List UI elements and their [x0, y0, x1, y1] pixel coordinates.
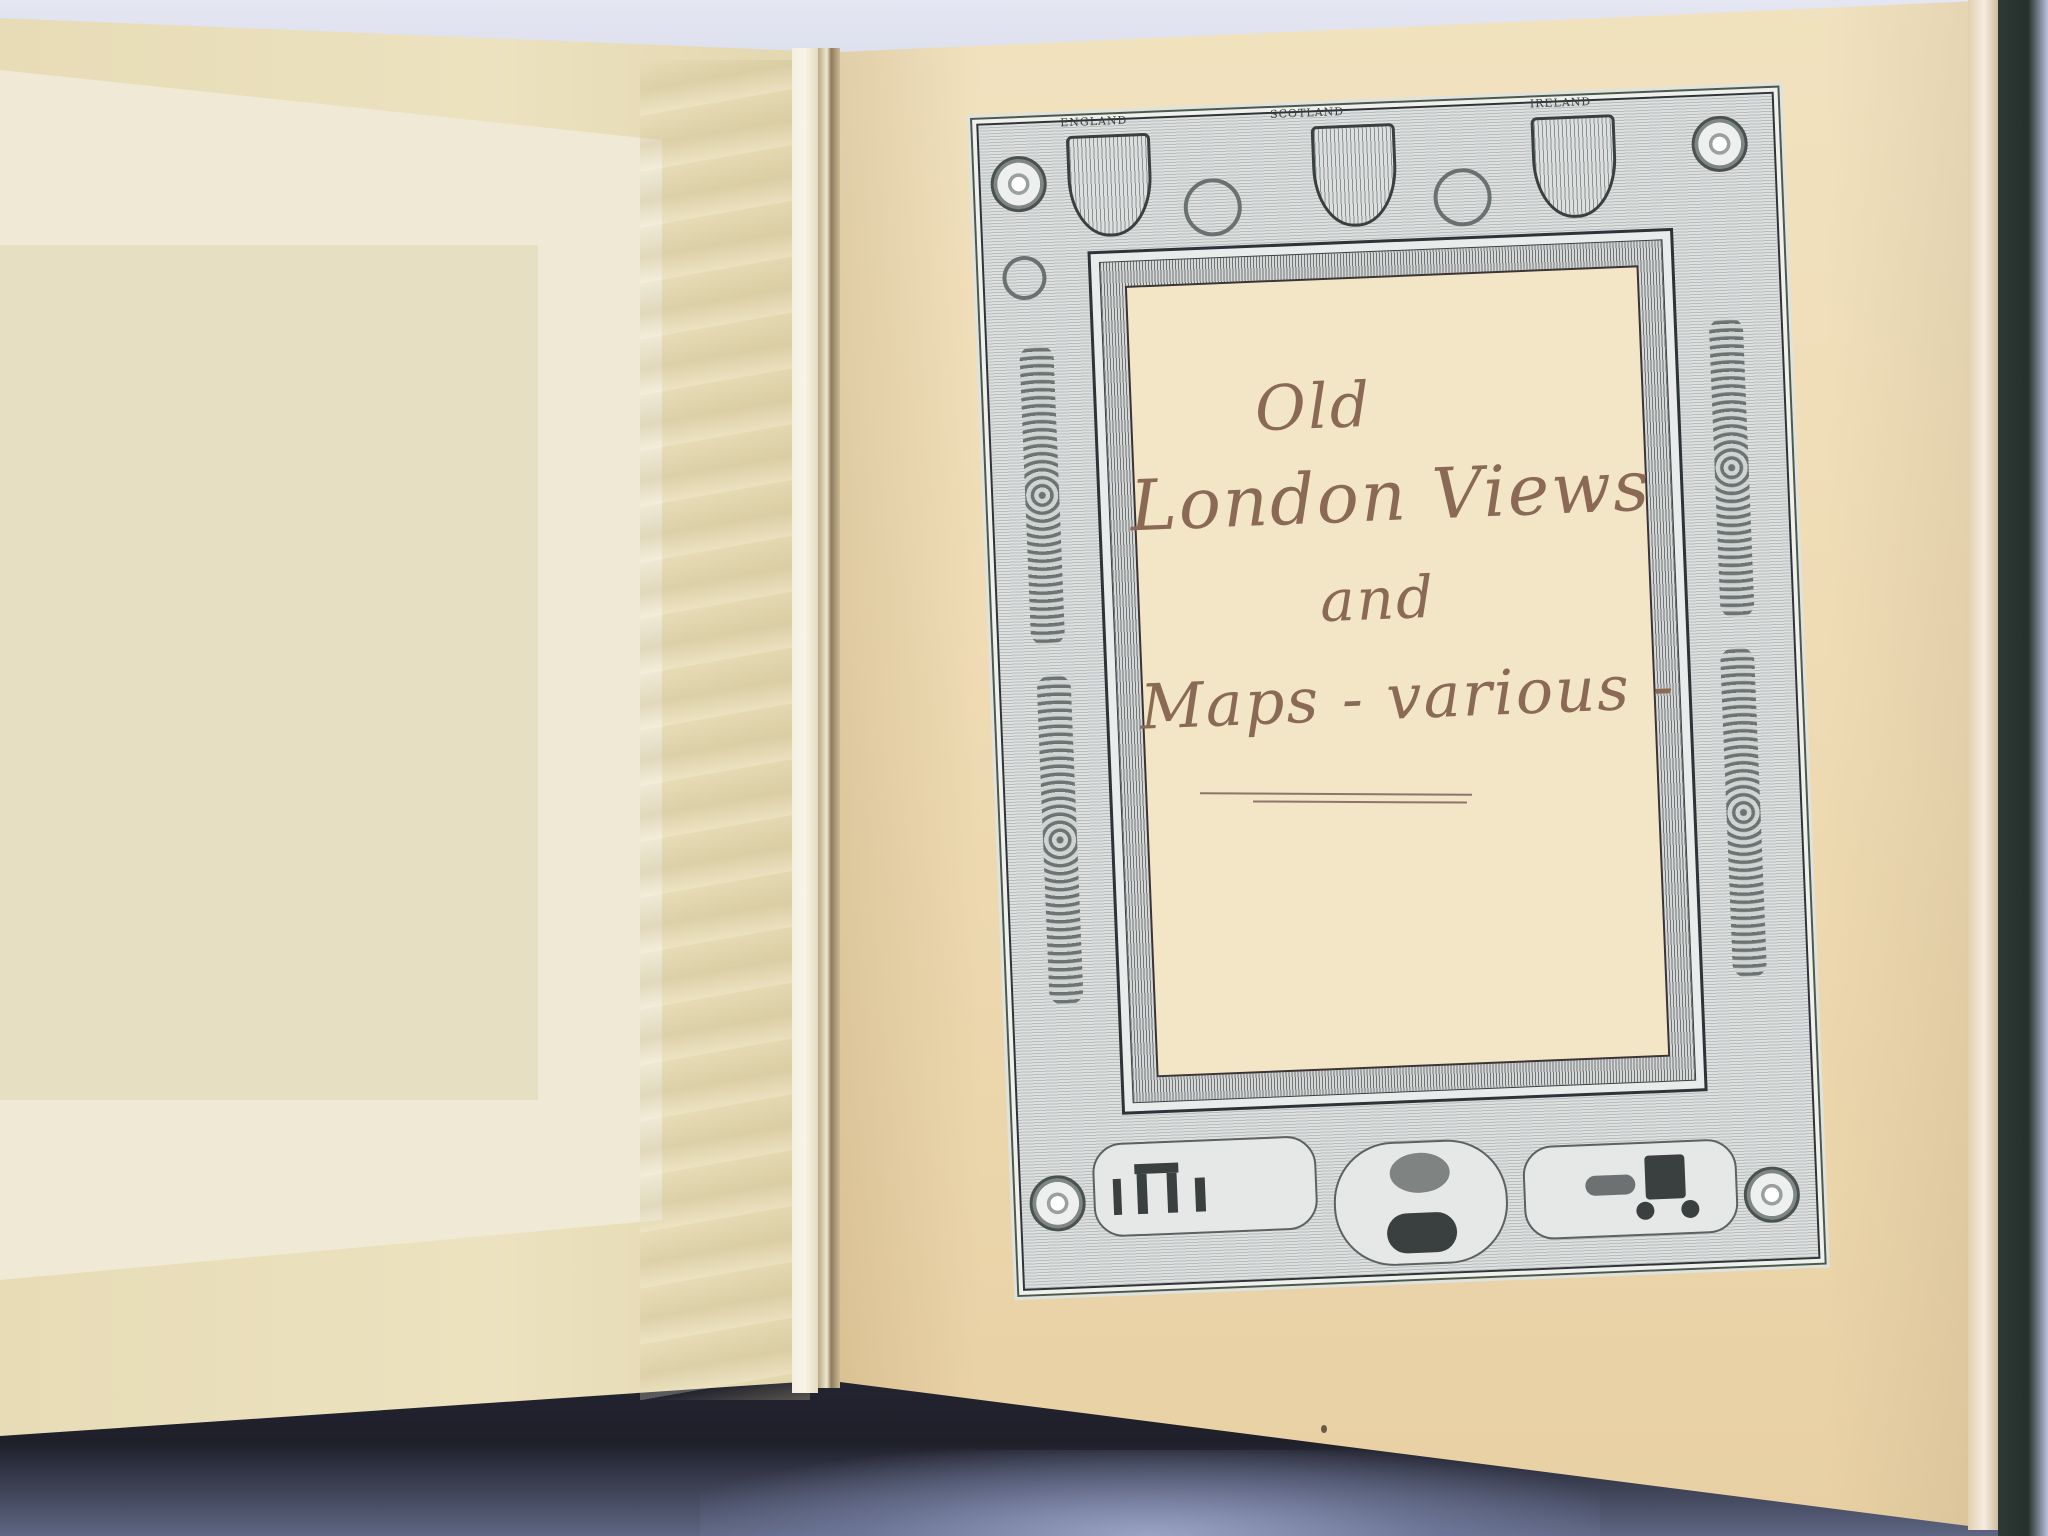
paper-spot: [1321, 1425, 1327, 1433]
handwritten-title-line-3: and: [1319, 563, 1437, 636]
crest-label-england: ENGLAND: [1060, 114, 1128, 130]
tissue-mount-window: [0, 245, 538, 1100]
cornucopia-flowers-icon: [1331, 1137, 1510, 1268]
left-page-edge: [792, 48, 818, 1393]
handwritten-title-line-1: Old: [1254, 368, 1373, 446]
crest-label-ireland: IRELAND: [1530, 95, 1592, 110]
table-light: [700, 1450, 1600, 1536]
right-page-edge: [1968, 0, 2000, 1530]
tissue-wrinkles: [640, 60, 810, 1400]
stonehenge-scene-icon: [1091, 1135, 1319, 1238]
horse-carriage-icon: [1522, 1138, 1740, 1241]
book-gutter: [818, 48, 840, 1388]
book-cover-edge: [1998, 0, 2048, 1536]
